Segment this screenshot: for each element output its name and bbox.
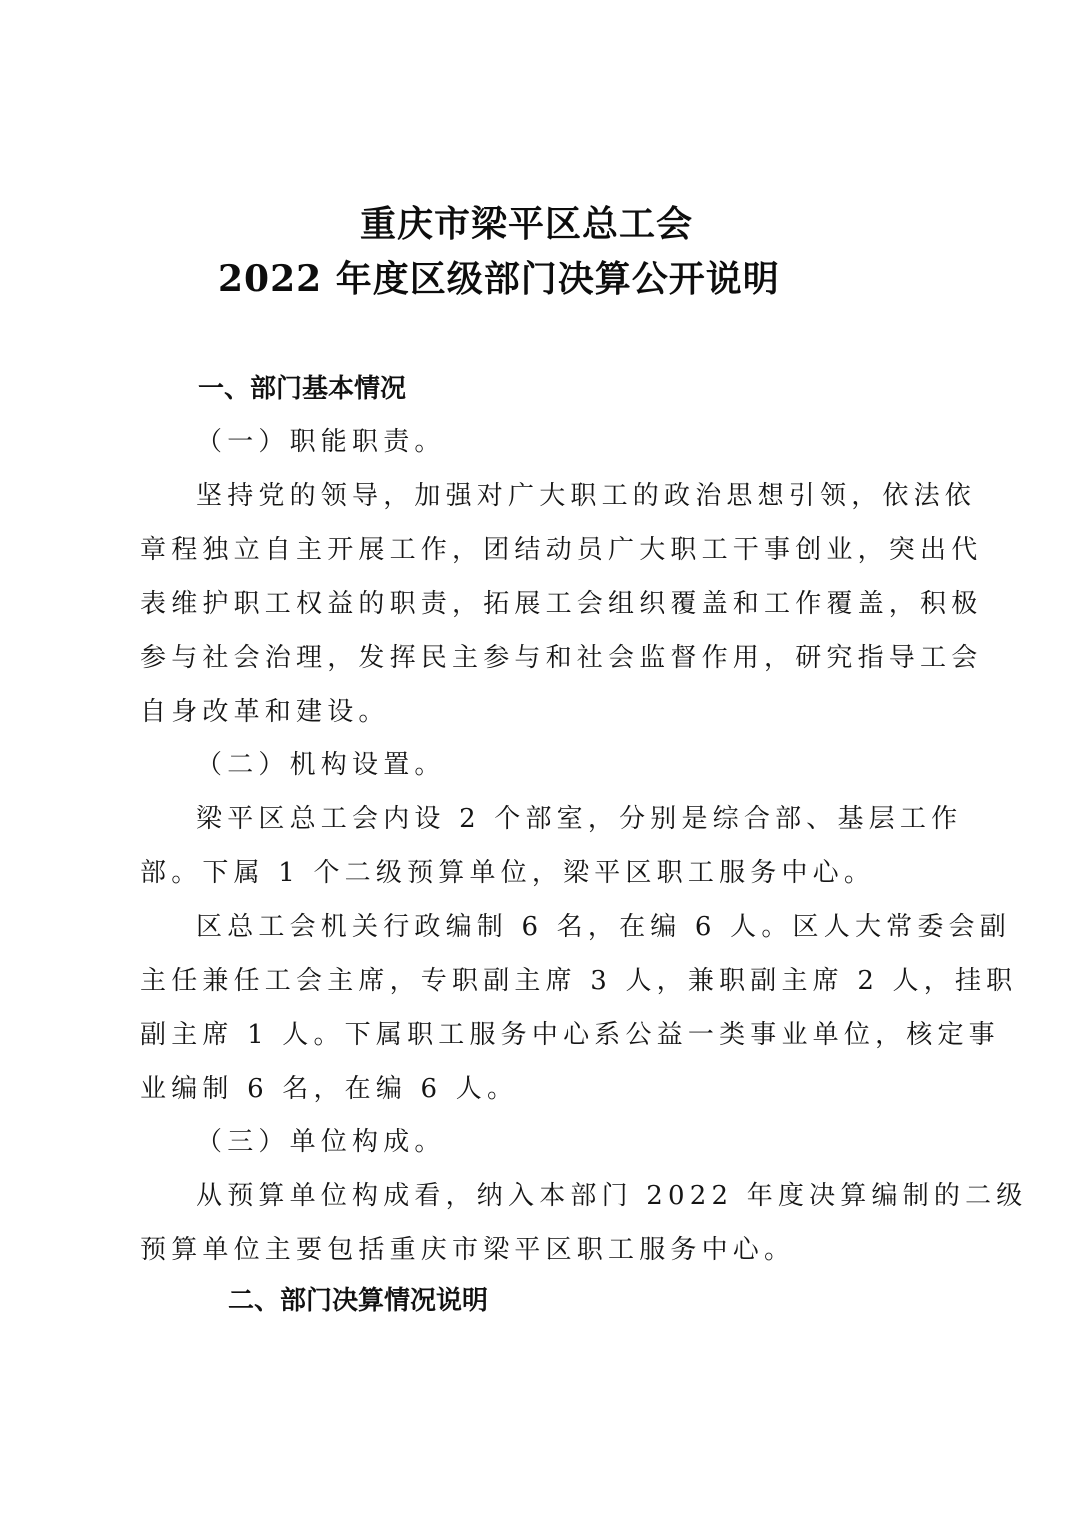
paragraph-line: 主任兼任工会主席，专职副主席 3 人，兼职副主席 2 人，挂职 xyxy=(140,960,1017,997)
subsection-3-heading: （三）单位构成。 xyxy=(196,1121,446,1158)
paragraph-line: 表维护职工权益的职责，拓展工会组织覆盖和工作覆盖，积极 xyxy=(140,583,982,620)
paragraph-line: 自身改革和建设。 xyxy=(140,691,390,728)
subsection-2-heading: （二）机构设置。 xyxy=(196,744,446,781)
section-1-heading: 一、部门基本情况 xyxy=(198,368,406,405)
paragraph-line: 参与社会治理，发挥民主参与和社会监督作用，研究指导工会 xyxy=(140,637,982,674)
paragraph-line: 副主席 1 人。下属职工服务中心系公益一类事业单位，核定事 xyxy=(140,1014,1000,1051)
document-title-line-2: 2022 年度区级部门决算公开说明 xyxy=(218,251,780,302)
section-2-heading: 二、部门决算情况说明 xyxy=(228,1280,488,1317)
document-page: 重庆市梁平区总工会 2022 年度区级部门决算公开说明 一、部门基本情况 （一）… xyxy=(0,0,1075,1520)
subsection-1-heading: （一）职能职责。 xyxy=(196,421,446,458)
paragraph-line: 部。下属 1 个二级预算单位，梁平区职工服务中心。 xyxy=(140,852,875,889)
paragraph-line: 区总工会机关行政编制 6 名，在编 6 人。区人大常委会副 xyxy=(196,906,1011,943)
paragraph-line: 从预算单位构成看，纳入本部门 2022 年度决算编制的二级 xyxy=(196,1175,1028,1212)
paragraph-line: 业编制 6 名，在编 6 人。 xyxy=(140,1068,518,1105)
paragraph-line: 章程独立自主开展工作，团结动员广大职工干事创业，突出代 xyxy=(140,529,982,566)
paragraph-line: 预算单位主要包括重庆市梁平区职工服务中心。 xyxy=(140,1229,795,1266)
document-title-line-1: 重庆市梁平区总工会 xyxy=(360,196,693,247)
paragraph-line: 坚持党的领导，加强对广大职工的政治思想引领，依法依 xyxy=(196,475,976,512)
paragraph-line: 梁平区总工会内设 2 个部室，分别是综合部、基层工作 xyxy=(196,798,962,835)
